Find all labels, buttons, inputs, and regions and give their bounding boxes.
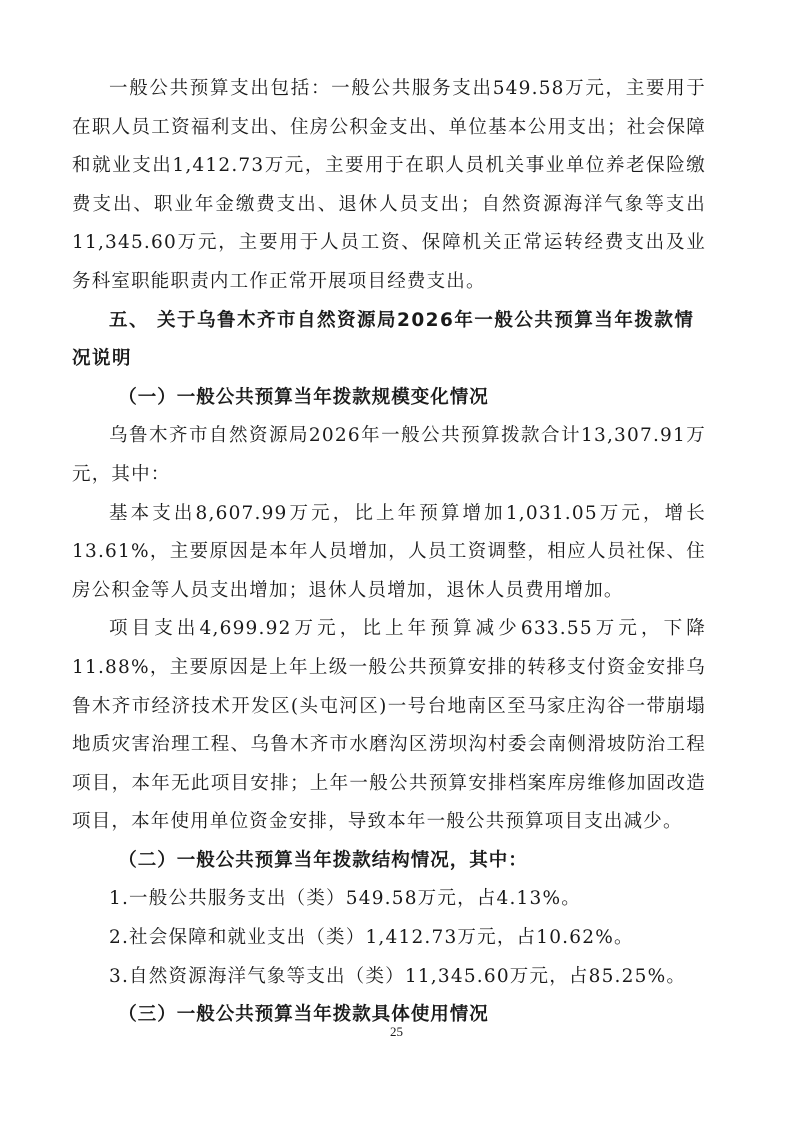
paragraph-expenditure-summary: 一般公共预算支出包括：一般公共服务支出549.58万元，主要用于在职人员工资福利… <box>72 70 706 302</box>
section-heading-five: 五、 关于乌鲁木齐市自然资源局2026年一般公共预算当年拨款情况说明 <box>72 302 706 379</box>
list-item-social-security: 2.社会保障和就业支出（类）1,412.73万元，占10.62%。 <box>72 919 706 958</box>
list-item-general-public-services: 1.一般公共服务支出（类）549.58万元，占4.13%。 <box>72 880 706 919</box>
page-number: 25 <box>0 1024 793 1040</box>
subsection-heading-structure: （二）一般公共预算当年拨款结构情况，其中： <box>72 842 706 881</box>
subsection-heading-scale-change: （一）一般公共预算当年拨款规模变化情况 <box>72 379 706 418</box>
document-page: 一般公共预算支出包括：一般公共服务支出549.58万元，主要用于在职人员工资福利… <box>72 70 706 1035</box>
list-item-natural-resources: 3.自然资源海洋气象等支出（类）11,345.60万元，占85.25%。 <box>72 958 706 997</box>
paragraph-basic-expenditure: 基本支出8,607.99万元，比上年预算增加1,031.05万元，增长13.61… <box>72 495 706 611</box>
paragraph-total-appropriation: 乌鲁木齐市自然资源局2026年一般公共预算拨款合计13,307.91万元，其中： <box>72 417 706 494</box>
paragraph-project-expenditure: 项目支出4,699.92万元，比上年预算减少633.55万元，下降11.88%，… <box>72 610 706 842</box>
